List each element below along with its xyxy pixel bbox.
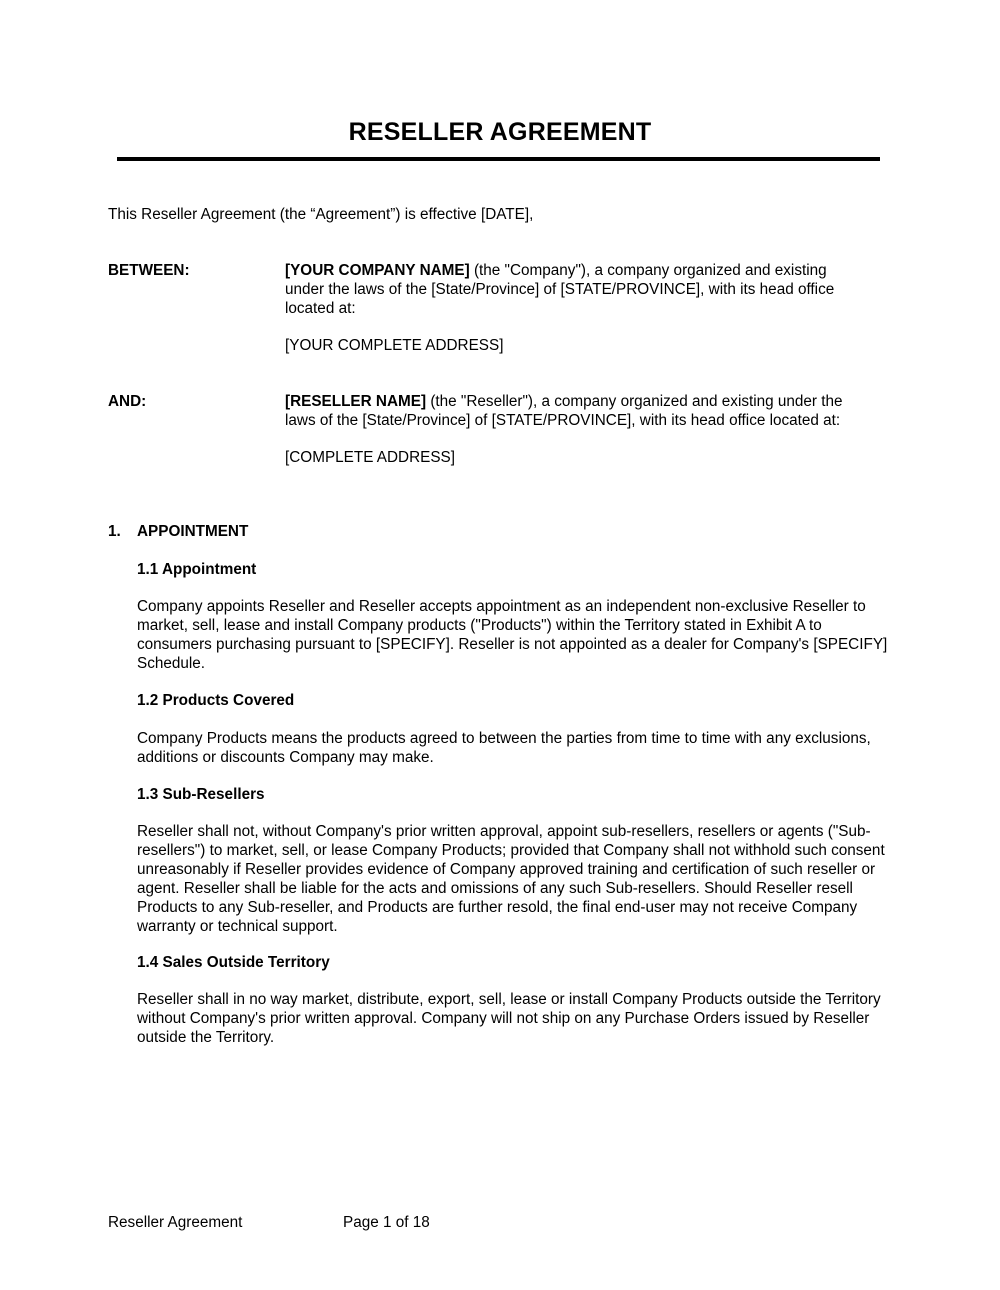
company-description-rest: under the laws of the [State/Province] o… [285,281,834,317]
subsection-text-1-4: Reseller shall in no way market, distrib… [137,990,897,1047]
section-heading-appointment: 1.APPOINTMENT [108,522,248,541]
subsection-heading-1-4: 1.4 Sales Outside Territory [137,953,330,972]
intro-paragraph: This Reseller Agreement (the “Agreement”… [108,205,533,224]
party-reseller-description: [RESELLER NAME] (the "Reseller"), a comp… [285,392,885,430]
company-address-placeholder: [YOUR COMPLETE ADDRESS] [285,336,885,355]
reseller-name-placeholder: [RESELLER NAME] [285,393,426,410]
party-reseller-block: [RESELLER NAME] (the "Reseller"), a comp… [285,392,885,467]
party-company-description: [YOUR COMPANY NAME] (the "Company"), a c… [285,261,885,318]
subsection-text-1-3: Reseller shall not, without Company's pr… [137,822,897,936]
party-label-and: AND: [108,392,146,411]
subsection-text-1-1: Company appoints Reseller and Reseller a… [137,597,897,673]
footer-page-number: Page 1 of 18 [343,1213,430,1232]
reseller-description-rest: laws of the [State/Province] of [STATE/P… [285,412,840,429]
reseller-address-placeholder: [COMPLETE ADDRESS] [285,448,885,467]
subsection-heading-1-1: 1.1 Appointment [137,560,256,579]
company-description-line1: (the "Company"), a company organized and… [470,262,827,279]
subsection-text-1-2: Company Products means the products agre… [137,729,897,767]
party-label-between: BETWEEN: [108,261,190,280]
company-name-placeholder: [YOUR COMPANY NAME] [285,262,470,279]
document-title: RESELLER AGREEMENT [0,117,1000,147]
section-title: APPOINTMENT [137,523,248,540]
section-number: 1. [108,522,137,541]
subsection-heading-1-3: 1.3 Sub-Resellers [137,785,265,804]
reseller-description-line1: (the "Reseller"), a company organized an… [426,393,842,410]
title-divider [117,157,880,161]
party-company-block: [YOUR COMPANY NAME] (the "Company"), a c… [285,261,885,355]
subsection-heading-1-2: 1.2 Products Covered [137,691,294,710]
footer-document-name: Reseller Agreement [108,1213,242,1232]
